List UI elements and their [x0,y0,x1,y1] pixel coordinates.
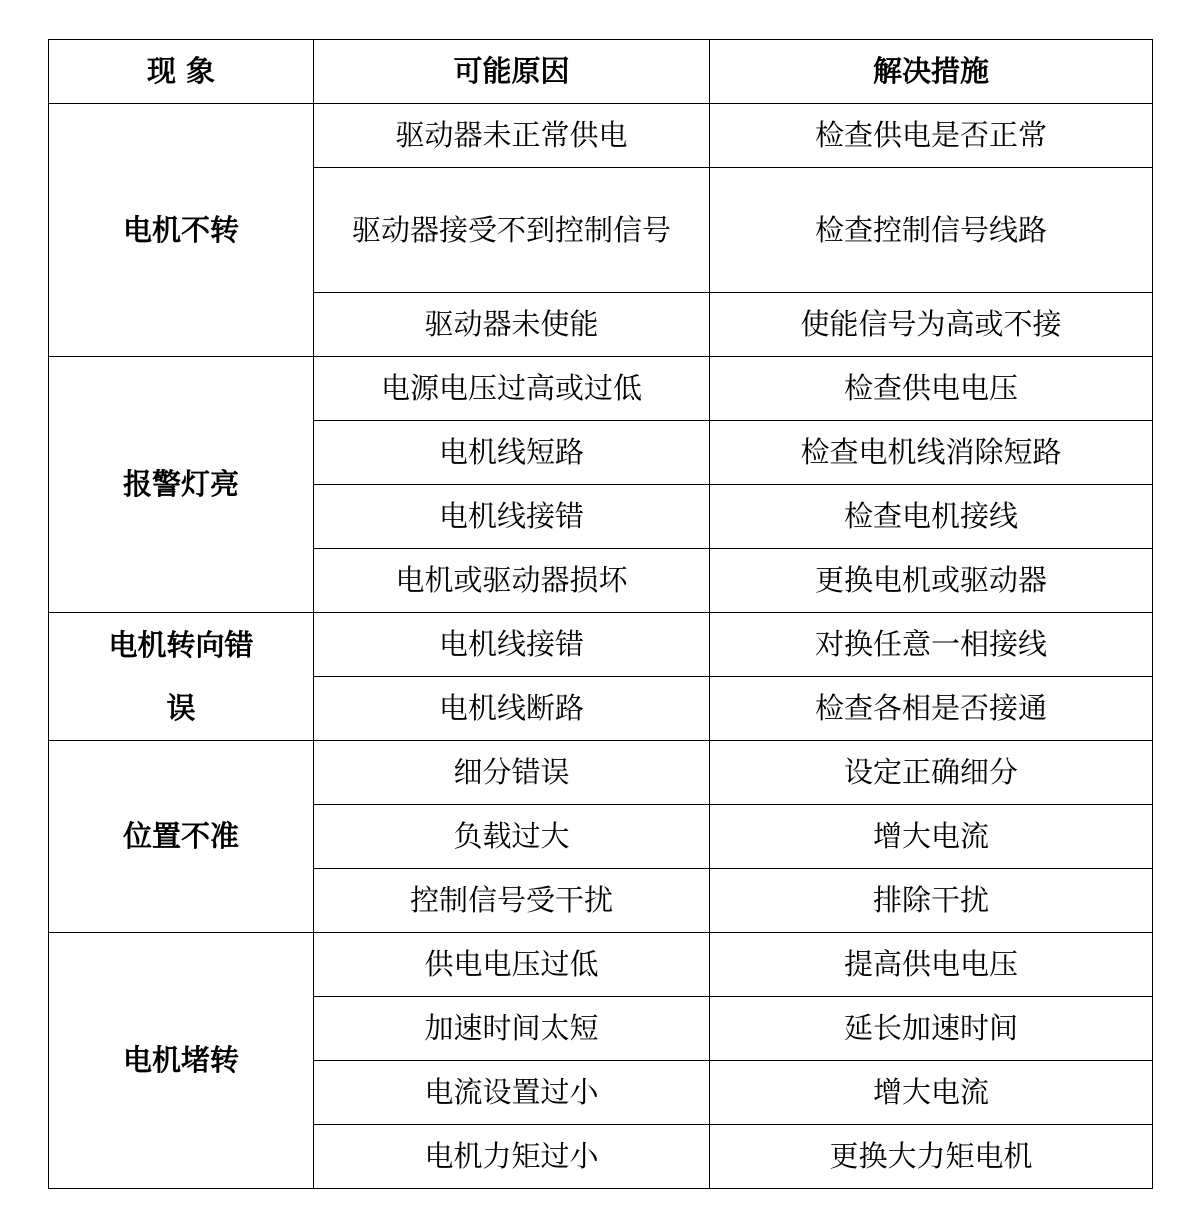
cause-cell: 电机线接错 [314,485,710,549]
solution-cell: 更换电机或驱动器 [710,549,1153,613]
troubleshooting-table: 现 象 可能原因 解决措施 电机不转 驱动器未正常供电 检查供电是否正常 驱动器… [48,39,1153,1189]
cause-cell: 电机线短路 [314,421,710,485]
cause-cell: 电流设置过小 [314,1061,710,1125]
table-row: 位置不准 细分错误 设定正确细分 [49,741,1153,805]
solution-cell: 增大电流 [710,1061,1153,1125]
header-solution: 解决措施 [710,40,1153,104]
solution-cell: 检查电机接线 [710,485,1153,549]
cause-cell: 电机或驱动器损坏 [314,549,710,613]
solution-cell: 检查供电是否正常 [710,104,1153,168]
cause-cell: 驱动器未正常供电 [314,104,710,168]
cause-cell: 加速时间太短 [314,997,710,1061]
solution-cell: 设定正确细分 [710,741,1153,805]
symptom-cell: 电机不转 [49,104,314,357]
header-cause: 可能原因 [314,40,710,104]
solution-cell: 检查供电电压 [710,357,1153,421]
cause-cell: 驱动器未使能 [314,293,710,357]
table-row: 电机不转 驱动器未正常供电 检查供电是否正常 [49,104,1153,168]
solution-cell: 对换任意一相接线 [710,613,1153,677]
solution-cell: 增大电流 [710,805,1153,869]
table-row: 报警灯亮 电源电压过高或过低 检查供电电压 [49,357,1153,421]
solution-cell: 提高供电电压 [710,933,1153,997]
cause-cell: 电机力矩过小 [314,1125,710,1189]
symptom-cell: 报警灯亮 [49,357,314,613]
cause-cell: 电机线断路 [314,677,710,741]
cause-cell: 电机线接错 [314,613,710,677]
symptom-cell: 电机堵转 [49,933,314,1189]
symptom-cell: 位置不准 [49,741,314,933]
solution-cell: 使能信号为高或不接 [710,293,1153,357]
cause-cell: 负载过大 [314,805,710,869]
cause-cell: 供电电压过低 [314,933,710,997]
header-row: 现 象 可能原因 解决措施 [49,40,1153,104]
symptom-cell: 电机转向错误 [49,613,314,741]
cause-cell: 控制信号受干扰 [314,869,710,933]
solution-cell: 更换大力矩电机 [710,1125,1153,1189]
cause-cell: 电源电压过高或过低 [314,357,710,421]
solution-cell: 检查电机线消除短路 [710,421,1153,485]
cause-cell: 细分错误 [314,741,710,805]
header-symptom: 现 象 [49,40,314,104]
solution-cell: 延长加速时间 [710,997,1153,1061]
cause-cell: 驱动器接受不到控制信号 [314,168,710,293]
solution-cell: 排除干扰 [710,869,1153,933]
solution-cell: 检查控制信号线路 [710,168,1153,293]
table-row: 电机转向错误 电机线接错 对换任意一相接线 [49,613,1153,677]
table-row: 电机堵转 供电电压过低 提高供电电压 [49,933,1153,997]
solution-cell: 检查各相是否接通 [710,677,1153,741]
